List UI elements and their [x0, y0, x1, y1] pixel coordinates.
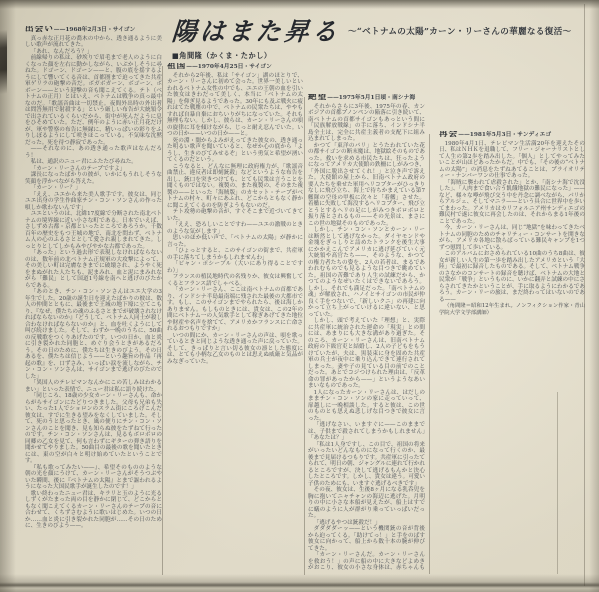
paragraph: 「同じころ、18歳の少女カーン・リーさんも、命からがらサイゴンにたどりつきました…	[25, 393, 162, 465]
paragraph: その夜、彼女は、生後8ヶ月になる乳呑児を胸に抱いてニャチャンの海辺に逃げた。月明…	[308, 487, 425, 520]
section-heading: 出会い——1968年2月3日・サイゴン	[25, 26, 162, 34]
paragraph: 「あのとき、チン・コン・ソンさんはユエ大学の3年生でした。20歳の誕生日を迎えた…	[25, 289, 162, 380]
paragraph: 「あった」という過去形で表現しなければならないのは、数年前の北ベトナム正規軍の大…	[25, 250, 162, 289]
section-column-zetsubo: 絶望——1975年5月1日頃・南シナ海それからさらに3年後、1975年の春、カン…	[308, 94, 425, 570]
paragraph: このアルバムにおさめられている10曲のうち8曲は、彼女が新しい人生の第一歩を踏み…	[439, 251, 585, 303]
paper-edge-shadow-bottom	[0, 574, 599, 592]
author-byline: ■角間隆（かくま・たかし）	[172, 51, 588, 61]
paragraph: テト攻勢の砲撃の音が、すぐそこまで近づいてきていた。	[167, 209, 303, 222]
paragraph: 「海賊に襲われて虐殺された」とか、「南シナ海で沈没した」、「人肉まで食い合う飢餓…	[439, 180, 585, 226]
section-column-sokoku: 祖国——1970年4月25日・サイゴンそれから2年後、私は「サイゴン」湖のほとり…	[167, 63, 303, 493]
paragraph: いつの間にか、カーン・リーさんの声は、唄を歌っているときと同じような透き通った声…	[167, 333, 303, 366]
paragraph: 「カーン・リーさんだ。カーン・リーさんを救おう！」の声に船の中に大きなどよめきが…	[308, 552, 425, 570]
column-divider	[162, 66, 163, 575]
column-divider	[429, 134, 430, 574]
section-title: 再会	[439, 131, 458, 139]
section-column-saikai: 再会——1981年5月3日・サンディエゴ1980年4月1日、テレビマン生活満20…	[439, 131, 585, 383]
paragraph: 「カーン・リーさん、ここは南ベトナムの首都であり、インドシナ半島最南端に残された…	[167, 287, 303, 333]
paper-crease	[557, 392, 558, 574]
section-heading: 祖国——1970年4月25日・サイゴン	[167, 63, 303, 71]
paragraph: 1人になったカーン・リーさんは、はだしのままチン・コン・ソンの家に走っていって、…	[308, 390, 425, 423]
paragraph: ユエというのは、北緯17度線で分断された南北ベトナムの境界線に近い小さな町である…	[25, 211, 162, 250]
paper-edge-shadow-top	[0, 0, 599, 9]
paragraph: 「ひょっとすると、このサイゴンの街まで、共産軍の手に落ちてしまうかもしれませんわ…	[167, 248, 303, 261]
section-dateline: ——1975年5月1日頃・南シナ海	[327, 95, 415, 101]
author-bio: （角間隆＝昭和12年生まれ。ノンフィクション作家・青山学院大学文学部講師）	[439, 303, 585, 316]
paragraph: 前線帰りの私は、砂埃りで眉毛まで老人のように白くなった顔を左右に動かしながら、い…	[25, 55, 162, 146]
paragraph: かつて「東洋のパリ」とうたわれていた花の都サイゴンの断末魔は、地獄絵そのものであ…	[308, 143, 425, 228]
paragraph: 課長になったばかりの彼が、いかにもうれしそうな笑顔を浮かべながら答えた。	[25, 172, 162, 185]
page-subtitle: ～“ベトナムの太陽”カーン・リーさんの華麗なる復活～	[348, 25, 571, 37]
page-title: 陽はまた昇る	[171, 12, 342, 48]
paragraph: 「私は1人身ですし、この目で、祖国の将来がいったいどんなものになって行くのか、最…	[308, 442, 425, 488]
section-title: 絶望	[308, 94, 327, 102]
section-heading: 再会——1981年5月3日・サンディエゴ	[439, 131, 585, 139]
section-dateline: ——1968年2月3日・サイゴン	[54, 27, 136, 33]
section-heading: 絶望——1975年5月1日頃・南シナ海	[308, 94, 425, 102]
title-block: 陽はまた昇る～“ベトナムの太陽”カーン・リーさんの華麗なる復活～ ■角間隆（かく…	[172, 12, 588, 61]
paragraph: 真っ赤な正月花の喬木の中から、透き通るように美しい歌声が流れてきた。	[25, 36, 162, 49]
section-title: 祖国	[167, 63, 186, 71]
paragraph: それからさらに3年後、1975年の春、カンボジアの首都プノンペンの陥落に引き続い…	[308, 104, 425, 143]
section-column-deai: 出会い——1968年2月3日・サイゴン真っ赤な正月花の喬木の中から、透き通るよう…	[25, 26, 162, 580]
paragraph: ——それなのに、あの透き通った歌声はなんだろう！	[25, 146, 162, 159]
liner-notes-page: 陽はまた昇る～“ベトナムの太陽”カーン・リーさんの華麗なる復活～ ■角間隆（かく…	[0, 0, 599, 592]
paragraph: 『私も歌ってみたい——』、希望そのもののような朝の光を顔にうけて、カーン・リーさ…	[25, 465, 162, 491]
paragraph: ダダダダーッ——という機関銃の音が背後から迫ってくる。「助けてっ！」と手をのばす…	[308, 526, 425, 552]
paragraph: 思いのほか低い声で、「ベトナムの太陽」が静かに言った。	[167, 235, 303, 248]
paragraph: しかし、チン・コン・ソンとカーン・リーは断然として逃げなかった。ダイヤモンドや金…	[308, 227, 425, 318]
paragraph: それから2年後、私は「サイゴン」湖のほとりで、カーン・リーさんに初めて会った。世…	[167, 73, 303, 138]
paragraph: 「ええ、恐ろしいことですわ——ユエの激戦のときのような気がします」	[167, 222, 303, 235]
paper-edge-shadow-right	[589, 0, 599, 592]
section-title: 出会い	[25, 26, 54, 34]
paper-edge-line	[584, 4, 585, 586]
paragraph: 「異国人のテレビマンなんかにこの苦しみはわかるまい」といった表情で、ニュー君は私…	[25, 380, 162, 393]
paragraph: 「ビャン・ポシーブル（大いにあり得ることですわ）」	[167, 261, 303, 274]
paper-edge-shadow-left	[0, 0, 16, 592]
paragraph: 「ええ、ユエから来た美人歌手です。彼女は、同じユエ出身の学生作曲家チン・コン・ソ…	[25, 192, 162, 212]
section-dateline: ——1970年4月25日・サイゴン	[186, 64, 272, 70]
paragraph: 今、カーン・リーさんは、同じ“地獄”を味わってきたベトナムの同胞のためのチャリテ…	[439, 225, 585, 251]
section-dateline: ——1981年5月3日・サンディエゴ	[458, 132, 551, 138]
paragraph: 「逃げなさい、いますぐに——このままでは、子供まで殺されてしまうかもしれません」…	[308, 422, 425, 442]
column-divider	[304, 97, 305, 575]
paragraph: 歌い終わったニュー君は、キラリと玉のように光るしずくがたまった両の目を静かに閉じ…	[25, 491, 162, 530]
paragraph: こうなると、どんなに無理に政府権力が、「歌謡音曲禁止、違反者は即刻銃殺」などとい…	[167, 164, 303, 210]
paragraph: 1980年4月1日、テレビマン生活満20年を迎えたその日、私はＮＨＫを退職して、…	[439, 141, 585, 180]
paragraph: 死の淵・闇からよみがえってきた彼女の、透き通った明るい歌声を聞いていると、なぜか…	[167, 138, 303, 164]
paragraph: フランスの植民地時代の名残りか、彼女は興奮してくるとフランス語でしゃべる。	[167, 274, 303, 287]
paragraph: しかし、頭で考えていた「理想」と、実際に共産軍に統治された運命の「現実」との間に…	[308, 318, 425, 390]
